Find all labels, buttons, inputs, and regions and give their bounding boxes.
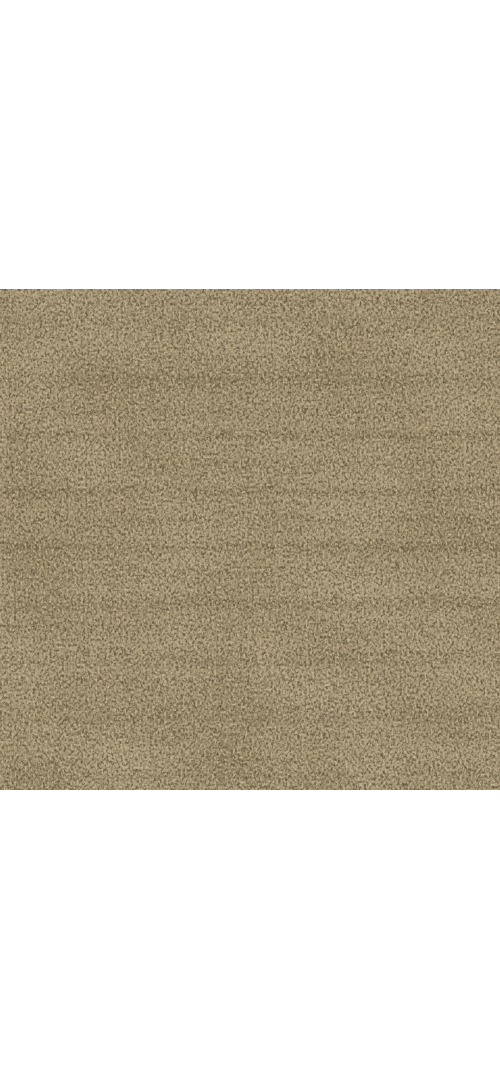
- fabric-light-grain-layer: [0, 289, 500, 790]
- fabric-swatch-image: [0, 289, 500, 790]
- fabric-texture: [0, 289, 500, 790]
- page: [0, 0, 500, 1080]
